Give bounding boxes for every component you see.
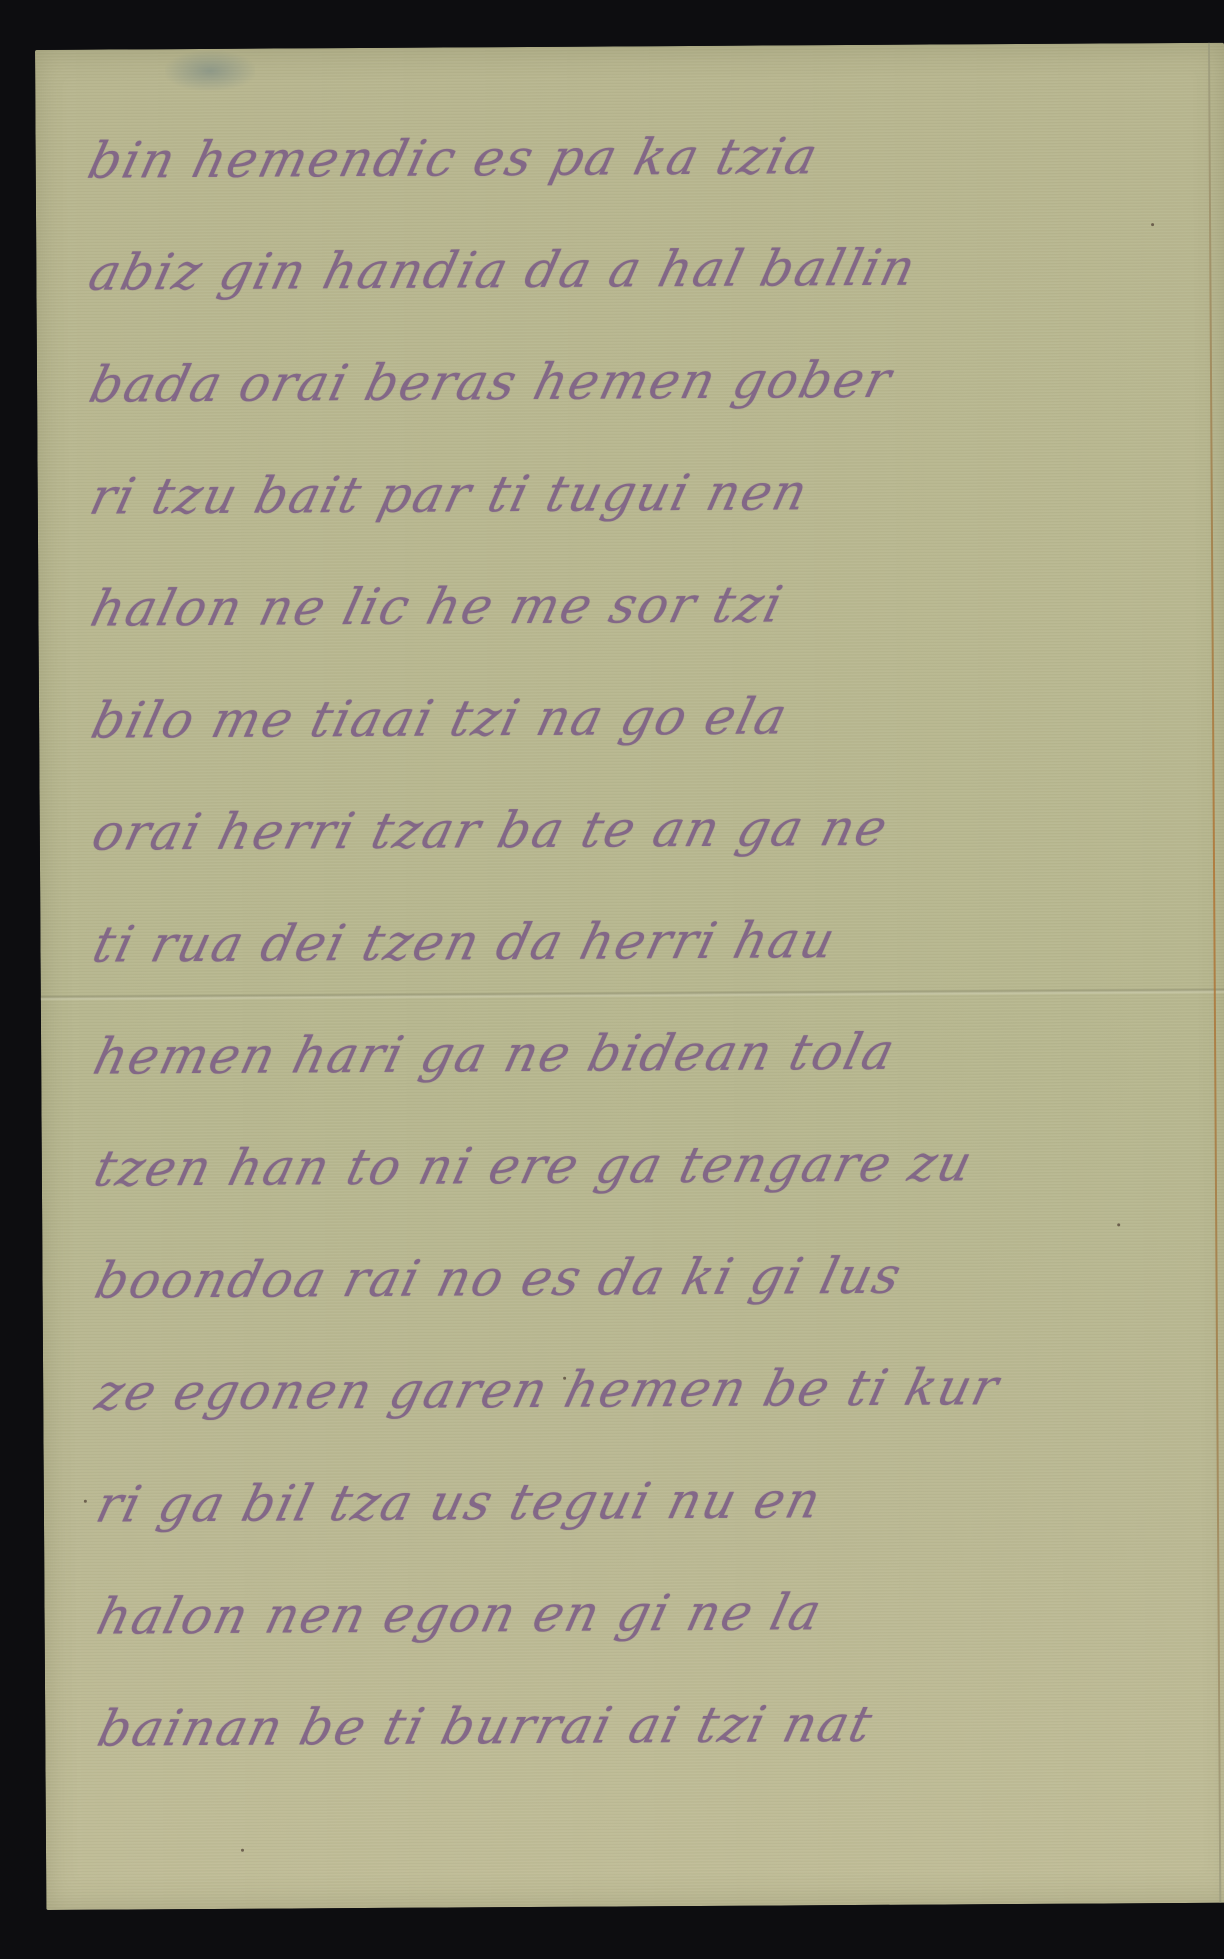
- paper-sheet: bin hemendic es pa ka tzia abiz gin hand…: [35, 43, 1224, 1910]
- text-line: bilo me tiaai tzi na go ela: [79, 658, 1216, 777]
- text-line: ri ga bil tza us tegui nu en: [84, 1442, 1221, 1561]
- text-line: bainan be ti burrai ai tzi nat: [86, 1666, 1223, 1785]
- scanned-letter: bin hemendic es pa ka tzia abiz gin hand…: [0, 0, 1224, 1959]
- paper-speck: [563, 1377, 566, 1380]
- text-line: ri tzu bait par ti tugui nen: [78, 434, 1215, 553]
- paper-speck: [241, 1849, 244, 1852]
- text-line: boondoa rai no es da ki gi lus: [83, 1218, 1220, 1337]
- text-line: abiz gin handia da a hal ballin: [77, 210, 1214, 329]
- paper-speck: [1151, 223, 1154, 226]
- text-line: bada orai beras hemen gober: [77, 322, 1214, 441]
- paper-speck: [1117, 1223, 1120, 1226]
- text-line: bin hemendic es pa ka tzia: [76, 98, 1213, 217]
- text-line: halon nen egon en gi ne la: [85, 1554, 1222, 1673]
- text-line: halon ne lic he me sor tzi: [79, 546, 1216, 665]
- text-line: ti rua dei tzen da herri hau: [81, 882, 1218, 1001]
- text-line: orai herri tzar ba te an ga ne: [80, 770, 1217, 889]
- text-line: ze egonen garen hemen be ti kur: [84, 1330, 1221, 1449]
- paper-speck: [84, 1500, 87, 1503]
- text-line: tzen han to ni ere ga tengare zu: [82, 1106, 1219, 1225]
- handwritten-text: bin hemendic es pa ka tzia abiz gin hand…: [75, 98, 1195, 1785]
- text-line: hemen hari ga ne bidean tola: [81, 994, 1218, 1113]
- ink-stain: [165, 51, 255, 92]
